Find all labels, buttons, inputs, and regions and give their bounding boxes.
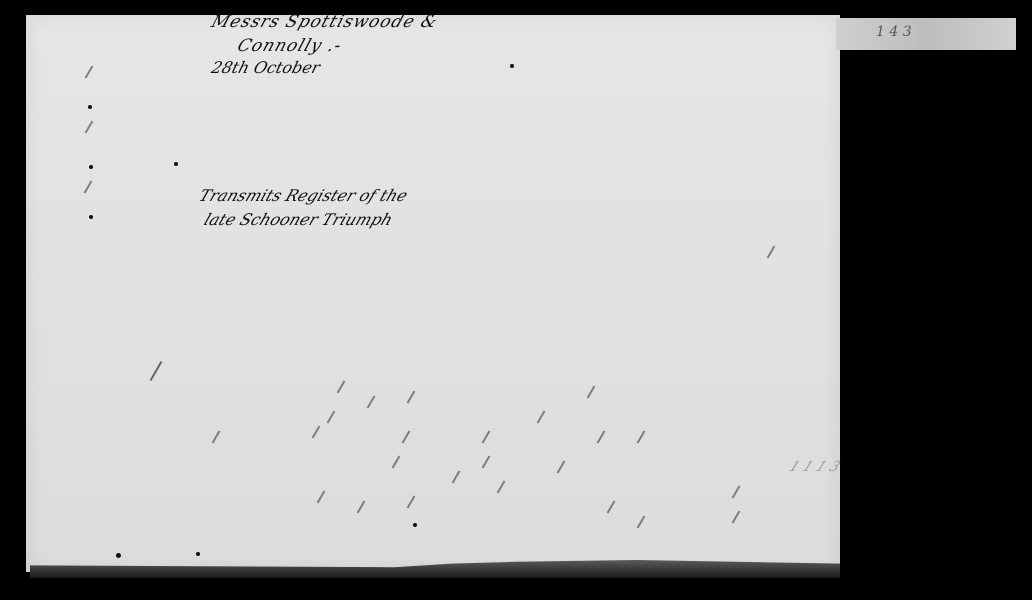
right-column-marks: 1 1 1 3 — [786, 458, 843, 476]
docket-summary-line-2: late Schooner Triumph — [202, 210, 396, 229]
document-page — [26, 15, 840, 572]
tab-strip-marks: 1 4 3 — [876, 24, 912, 40]
paper-tab-strip: 1 4 3 — [836, 18, 1016, 50]
docket-date: 28th October — [209, 58, 322, 77]
margin-marks — [80, 65, 100, 235]
docket-address-line-1: Messrs Spottiswoode & — [209, 12, 441, 32]
docket-address-line-2: Connolly .- — [235, 36, 345, 56]
docket-summary-line-1: Transmits Register of the — [197, 186, 411, 205]
